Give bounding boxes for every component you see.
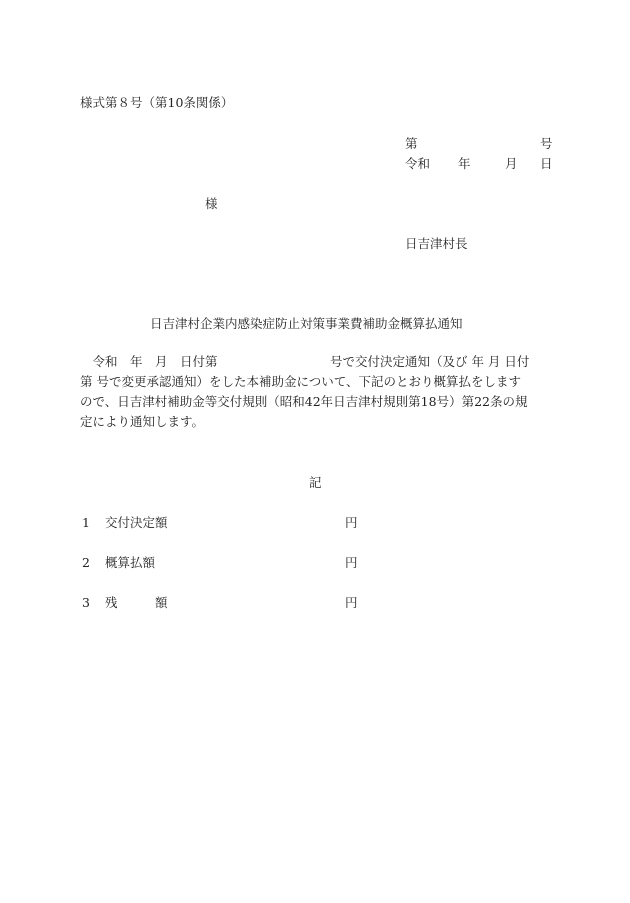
date-year: 年	[458, 158, 471, 171]
document-title: 日吉津村企業内感染症防止対策事業費補助金概算払通知	[150, 318, 463, 331]
item-number: 2	[82, 557, 90, 570]
date-month: 月	[505, 158, 518, 171]
body-line: 第 号で変更承認通知）をした本補助金について、下記のとおり概算払をします	[80, 372, 560, 392]
item-number: 3	[82, 597, 90, 610]
item-label: 残 額	[105, 597, 168, 610]
body-line: 定により通知します。	[80, 412, 560, 432]
date-day: 日	[540, 158, 553, 171]
number-prefix: 第	[405, 138, 418, 151]
item-unit: 円	[345, 557, 358, 570]
item-number: 1	[82, 517, 90, 530]
item-unit: 円	[345, 597, 358, 610]
ki-heading: 記	[309, 477, 322, 490]
issuer: 日吉津村長	[405, 238, 468, 251]
item-label: 交付決定額	[105, 517, 168, 530]
body-paragraph: 令和 年 月 日付第 号で交付決定通知（及び 年 月 日付 第 号で変更承認通知…	[80, 352, 560, 432]
date-era: 令和	[405, 158, 430, 171]
form-label: 様式第８号（第10条関係）	[80, 97, 233, 110]
body-line: ので、日吉津村補助金等交付規則（昭和42年日吉津村規則第18号）第22条の規	[80, 392, 560, 412]
number-suffix: 号	[540, 138, 553, 151]
item-label: 概算払額	[105, 557, 155, 570]
addressee-suffix: 様	[205, 198, 218, 211]
body-line: 令和 年 月 日付第 号で交付決定通知（及び 年 月 日付	[80, 352, 560, 372]
item-unit: 円	[345, 517, 358, 530]
